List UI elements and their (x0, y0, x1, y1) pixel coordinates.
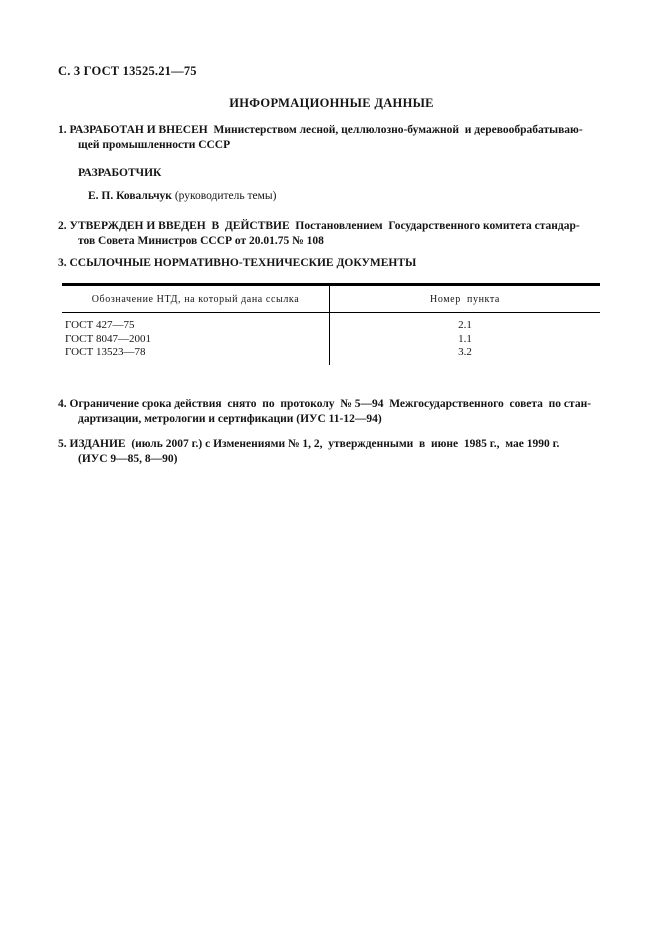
table-row: ГОСТ 427—75 2.1 (62, 319, 600, 333)
ntd-cell: ГОСТ 427—75 (62, 319, 330, 333)
section-2-line-1: 2. УТВЕРЖДЕН И ВВЕДЕН В ДЕЙСТВИЕ Постано… (58, 219, 605, 234)
developer-name: Е. П. Ковальчук (88, 190, 172, 202)
developer-role: (руководитель темы) (172, 190, 277, 202)
section-5-edition: 5. ИЗДАНИЕ (июль 2007 г.) с Изменениями … (58, 437, 605, 467)
section-4-limitation-removed: 4. Ограничение срока действия снято по п… (58, 397, 605, 427)
section-5-line-1: 5. ИЗДАНИЕ (июль 2007 г.) с Изменениями … (58, 437, 605, 452)
punkt-cell: 3.2 (330, 346, 600, 360)
page-header: С. 3 ГОСТ 13525.21—75 (58, 64, 605, 79)
table-row: ГОСТ 13523—78 3.2 (62, 346, 600, 360)
section-1-developed-by: 1. РАЗРАБОТАН И ВНЕСЕН Министерством лес… (58, 123, 605, 153)
column-header-punkt: Номер пункта (330, 286, 600, 312)
table-row: ГОСТ 8047—2001 1.1 (62, 333, 600, 347)
developer-entry: Е. П. Ковальчук (руководитель темы) (58, 189, 605, 204)
document-page: С. 3 ГОСТ 13525.21—75 ИНФОРМАЦИОННЫЕ ДАН… (0, 0, 661, 936)
section-1-line-2: щей промышленности СССР (58, 138, 605, 153)
developer-heading: РАЗРАБОТЧИК (58, 166, 605, 181)
section-3-heading-text: 3. ССЫЛОЧНЫЕ НОРМАТИВНО-ТЕХНИЧЕСКИЕ ДОКУ… (58, 256, 605, 271)
ntd-cell: ГОСТ 13523—78 (62, 346, 330, 360)
references-table: Обозначение НТД, на который дана ссылка … (62, 283, 600, 365)
references-table-header: Обозначение НТД, на который дана ссылка … (62, 286, 600, 313)
punkt-cell: 2.1 (330, 319, 600, 333)
developer-heading-label: РАЗРАБОТЧИК (78, 167, 161, 179)
section-1-line-1: 1. РАЗРАБОТАН И ВНЕСЕН Министерством лес… (58, 123, 605, 138)
punkt-cell: 1.1 (330, 333, 600, 347)
section-2-line-2: тов Совета Министров СССР от 20.01.75 № … (58, 234, 605, 249)
references-table-body: ГОСТ 427—75 2.1 ГОСТ 8047—2001 1.1 ГОСТ … (62, 313, 600, 365)
section-3-references-heading: 3. ССЫЛОЧНЫЕ НОРМАТИВНО-ТЕХНИЧЕСКИЕ ДОКУ… (58, 256, 605, 271)
section-2-approved: 2. УТВЕРЖДЕН И ВВЕДЕН В ДЕЙСТВИЕ Постано… (58, 219, 605, 249)
section-5-line-2: (ИУС 9—85, 8—90) (58, 452, 605, 467)
section-4-line-2: дартизации, метрологии и сертификации (И… (58, 412, 605, 427)
column-header-ntd: Обозначение НТД, на который дана ссылка (62, 286, 330, 312)
section-4-line-1: 4. Ограничение срока действия снято по п… (58, 397, 605, 412)
ntd-cell: ГОСТ 8047—2001 (62, 333, 330, 347)
document-title: ИНФОРМАЦИОННЫЕ ДАННЫЕ (58, 96, 605, 111)
